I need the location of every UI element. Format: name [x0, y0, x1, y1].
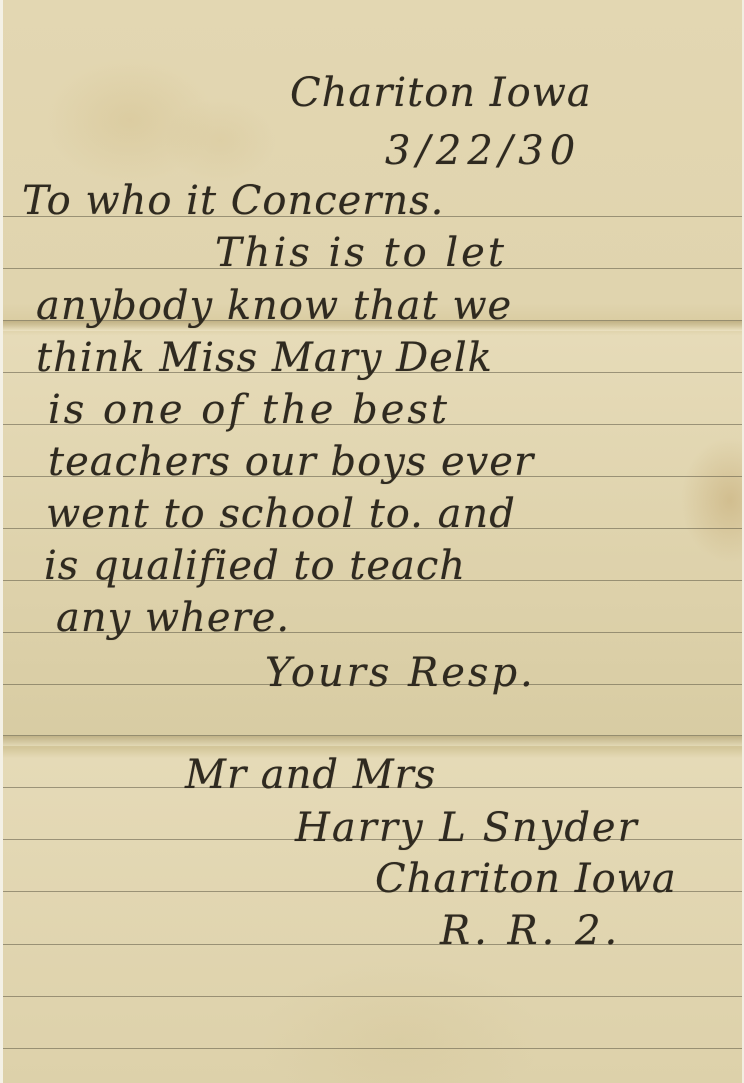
signature-line: Mr and Mrs: [185, 752, 436, 798]
signature-place: Chariton Iowa: [375, 856, 677, 902]
salutation: To who it Concerns.: [22, 178, 444, 224]
body-line: This is to let: [215, 230, 507, 276]
letter-place: Chariton Iowa: [290, 70, 592, 116]
closing: Yours Resp.: [265, 650, 536, 696]
body-line: is qualified to teach: [44, 543, 466, 589]
ruled-line: [3, 996, 742, 997]
body-line: any where.: [56, 595, 290, 641]
body-line: anybody know that we: [36, 283, 512, 329]
letter-page: Chariton Iowa 3/22/30 To who it Concerns…: [0, 0, 744, 1083]
body-line: is one of the best: [48, 387, 450, 433]
body-line: think Miss Mary Delk: [36, 335, 493, 381]
body-line: went to school to. and: [46, 491, 516, 537]
signature-name: Harry L Snyder: [295, 805, 639, 851]
body-line: teachers our boys ever: [48, 439, 534, 485]
paper-left-edge: [0, 0, 3, 1083]
signature-route: R. R. 2.: [440, 908, 621, 954]
ruled-line: [3, 1048, 742, 1049]
ruled-line: [3, 944, 742, 945]
paper-fold: [3, 736, 742, 746]
letter-date: 3/22/30: [385, 128, 581, 174]
